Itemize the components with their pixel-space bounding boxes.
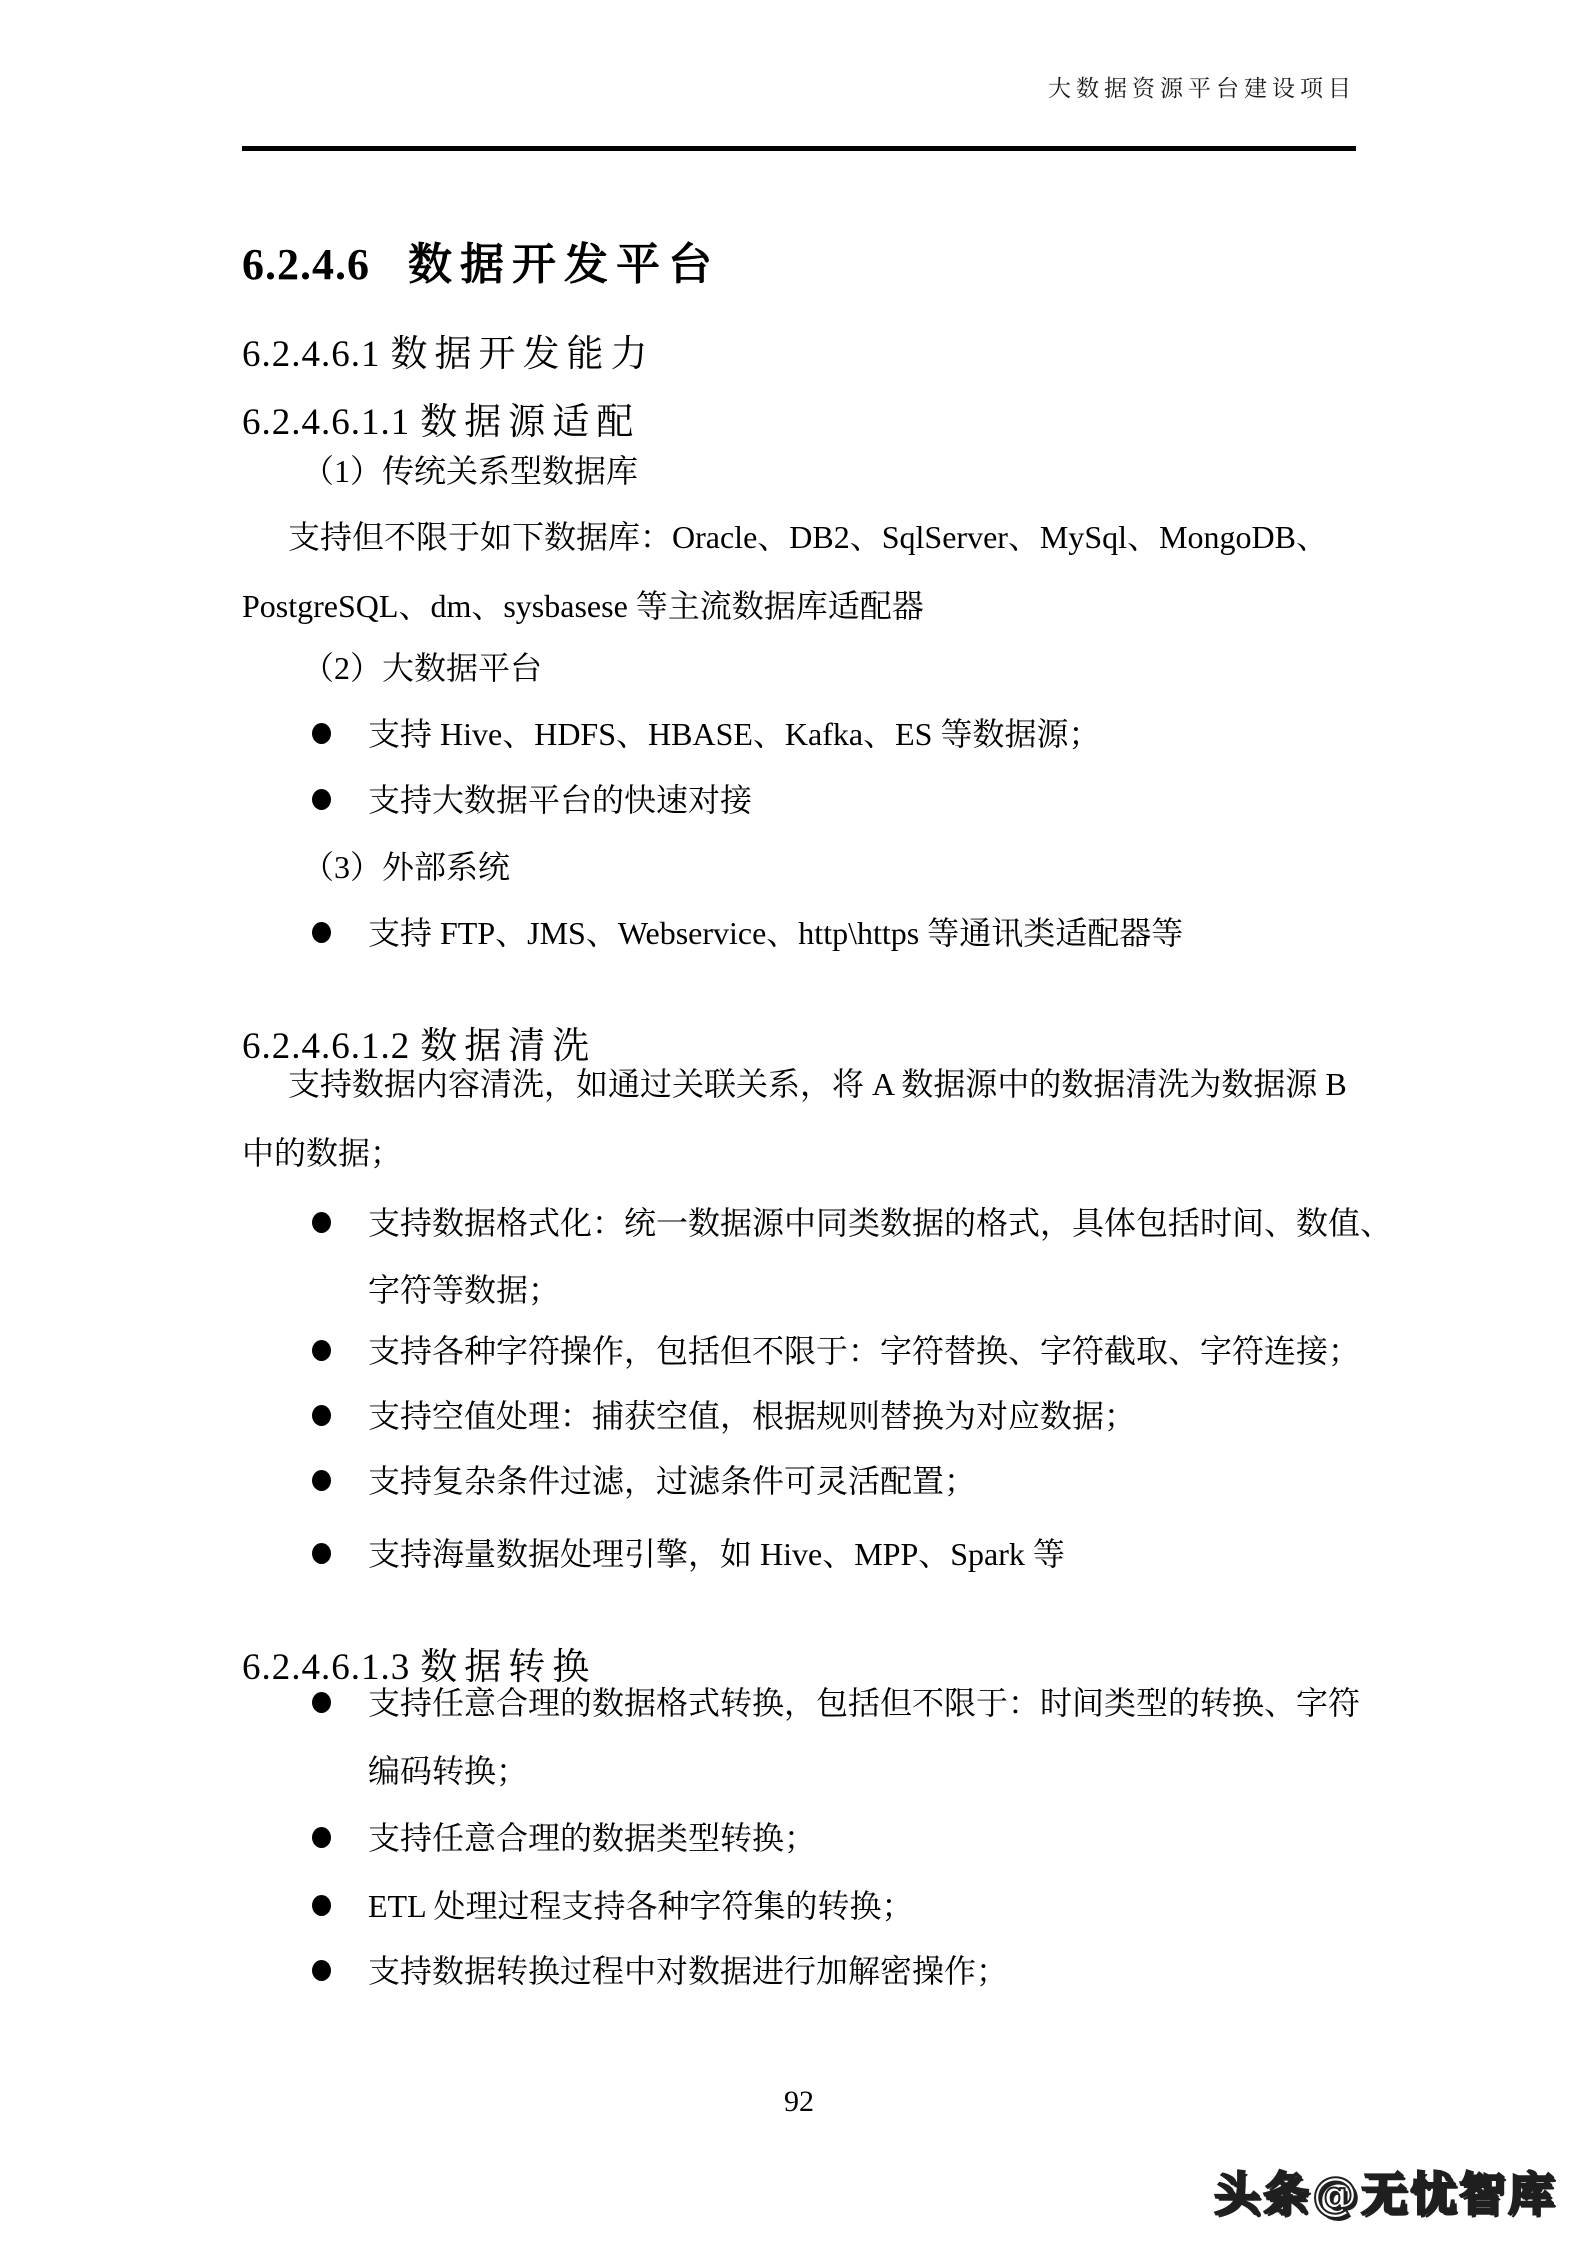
bullet-text: 支持任意合理的数据格式转换，包括但不限于：时间类型的转换、字符 <box>368 1685 1360 1722</box>
bullet-icon <box>312 1543 331 1564</box>
bullet-icon <box>312 1212 331 1233</box>
paragraph-clean-line2: 中的数据； <box>242 1135 402 1172</box>
document-page: 大数据资源平台建设项目 6.2.4.6数据开发平台 6.2.4.6.1数据开发能… <box>0 0 1587 2245</box>
bullet-item-char-ops: 支持各种字符操作，包括但不限于：字符替换、字符截取、字符连接； <box>242 1333 1360 1370</box>
heading-title: 数据清洗 <box>420 1026 596 1067</box>
bullet-text: 支持各种字符操作，包括但不限于：字符替换、字符截取、字符连接； <box>368 1333 1360 1370</box>
page-header-title: 大数据资源平台建设项目 <box>1048 76 1356 101</box>
bullet-item-null-handling: 支持空值处理：捕获空值，根据规则替换为对应数据； <box>242 1398 1136 1435</box>
page-number: 92 <box>242 2085 1356 2118</box>
bullet-text: 支持空值处理：捕获空值，根据规则替换为对应数据； <box>368 1398 1136 1435</box>
watermark-toutiao: 头条@无忧智库 <box>1214 2158 1557 2224</box>
heading-number: 6.2.4.6.1.1 <box>242 402 410 443</box>
bullet-item-type-convert: 支持任意合理的数据类型转换； <box>242 1820 816 1857</box>
heading-number: 6.2.4.6.1 <box>242 334 381 375</box>
bullet-icon <box>312 922 331 943</box>
bullet-icon <box>312 1470 331 1491</box>
heading-data-dev-platform: 6.2.4.6数据开发平台 <box>242 240 720 291</box>
heading-title: 数据开发平台 <box>408 240 720 289</box>
heading-data-cleaning: 6.2.4.6.1.2数据清洗 <box>242 1026 596 1069</box>
heading-data-dev-capability: 6.2.4.6.1数据开发能力 <box>242 334 655 377</box>
list-label-bigdata-platform: （2）大数据平台 <box>242 650 542 687</box>
bullet-text: ETL 处理过程支持各种字符集的转换； <box>368 1888 913 1925</box>
paragraph-db-support-line2: PostgreSQL、dm、sysbasese 等主流数据库适配器 <box>242 588 924 625</box>
bullet-icon <box>312 1895 331 1916</box>
paragraph-clean-line1: 支持数据内容清洗，如通过关联关系，将 A 数据源中的数据清洗为数据源 B <box>242 1066 1347 1103</box>
bullet-text-continuation: 编码转换； <box>242 1753 528 1790</box>
bullet-item-massive-engine: 支持海量数据处理引擎，如 Hive、MPP、Spark 等 <box>242 1536 1065 1573</box>
list-label-traditional-db: （1）传统关系型数据库 <box>242 453 638 490</box>
heading-title: 数据转换 <box>420 1647 596 1688</box>
bullet-icon <box>312 1827 331 1848</box>
heading-data-transform: 6.2.4.6.1.3数据转换 <box>242 1647 596 1690</box>
heading-title: 数据源适配 <box>420 402 640 443</box>
bullet-item-quick-connect: 支持大数据平台的快速对接 <box>242 782 752 819</box>
bullet-text: 支持数据转换过程中对数据进行加解密操作； <box>368 1953 1008 1990</box>
header-rule <box>242 146 1356 151</box>
heading-title: 数据开发能力 <box>391 334 655 375</box>
bullet-item-ftp-adapters: 支持 FTP、JMS、Webservice、http\https 等通讯类适配器… <box>242 915 1183 952</box>
heading-number: 6.2.4.6.1.3 <box>242 1647 410 1688</box>
heading-number: 6.2.4.6 <box>242 240 370 289</box>
bullet-item-etl-charset: ETL 处理过程支持各种字符集的转换； <box>242 1888 913 1925</box>
bullet-text: 支持大数据平台的快速对接 <box>368 782 752 819</box>
bullet-text: 支持 FTP、JMS、Webservice、http\https 等通讯类适配器… <box>368 915 1183 952</box>
paragraph-db-support-line1: 支持但不限于如下数据库：Oracle、DB2、SqlServer、MySql、M… <box>242 519 1328 556</box>
bullet-icon <box>312 1960 331 1981</box>
bullet-icon <box>312 1405 331 1426</box>
bullet-item-format: 支持数据格式化：统一数据源中同类数据的格式，具体包括时间、数值、 <box>242 1205 1392 1242</box>
bullet-text-continuation: 字符等数据； <box>242 1272 560 1309</box>
bullet-icon <box>312 1692 331 1713</box>
bullet-text: 支持复杂条件过滤，过滤条件可灵活配置； <box>368 1463 976 1500</box>
bullet-item-hive-sources: 支持 Hive、HDFS、HBASE、Kafka、ES 等数据源； <box>242 716 1100 753</box>
list-label-external-system: （3）外部系统 <box>242 849 510 886</box>
bullet-item-encrypt-decrypt: 支持数据转换过程中对数据进行加解密操作； <box>242 1953 1008 1990</box>
bullet-text: 支持海量数据处理引擎，如 Hive、MPP、Spark 等 <box>368 1536 1065 1573</box>
bullet-icon <box>312 723 331 744</box>
bullet-text: 支持 Hive、HDFS、HBASE、Kafka、ES 等数据源； <box>368 716 1100 753</box>
bullet-text: 支持数据格式化：统一数据源中同类数据的格式，具体包括时间、数值、 <box>368 1205 1392 1242</box>
bullet-icon <box>312 789 331 810</box>
bullet-item-complex-filter: 支持复杂条件过滤，过滤条件可灵活配置； <box>242 1463 976 1500</box>
heading-number: 6.2.4.6.1.2 <box>242 1026 410 1067</box>
heading-data-source-adapt: 6.2.4.6.1.1数据源适配 <box>242 402 640 445</box>
bullet-item-format-convert: 支持任意合理的数据格式转换，包括但不限于：时间类型的转换、字符 <box>242 1685 1360 1722</box>
bullet-icon <box>312 1340 331 1361</box>
bullet-text: 支持任意合理的数据类型转换； <box>368 1820 816 1857</box>
